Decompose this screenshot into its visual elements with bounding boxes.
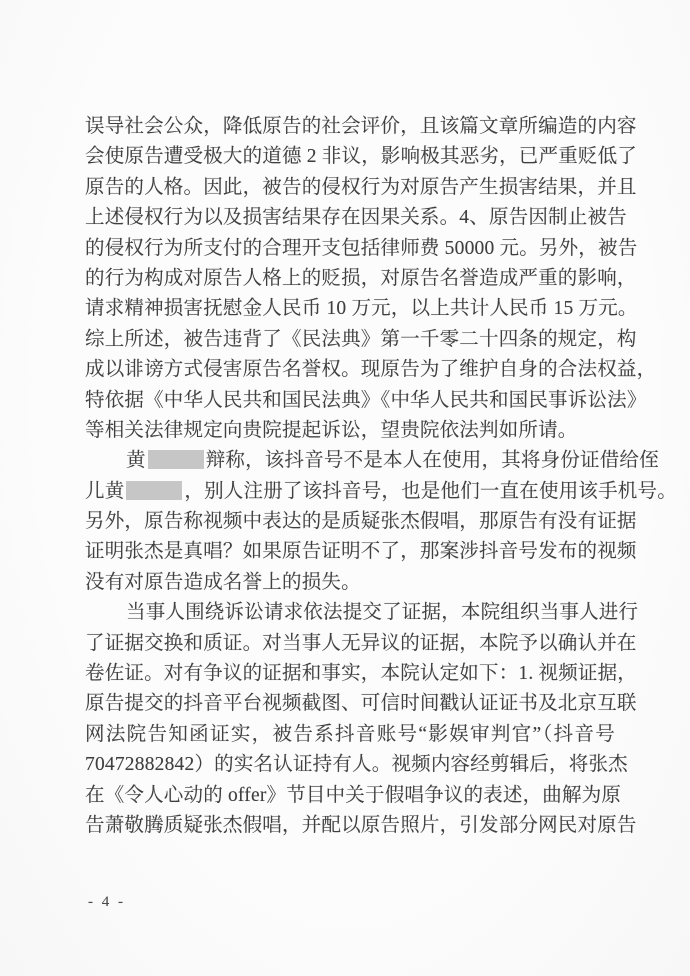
text-line: 70472882842）的实名认证持有人。视频内容经剪辑后，将张杰 [85, 750, 615, 780]
text-line: 告萧敬腾质疑张杰假唱，并配以原告照片，引发部分网民对原告 [85, 811, 615, 841]
text-line: 儿黄，别人注册了该抖音号，也是他们一直在使用该手机号。 [85, 477, 615, 507]
text-run: 70472882842）的实名认证持有人。视频内容经剪辑后，将张杰 [85, 754, 628, 775]
document-text-block: 误导社会公众，降低原告的社会评价，且该篇文章所编造的内容会使原告遭受极大的道德 … [85, 112, 615, 841]
text-run: 当事人围绕诉讼请求依法提交了证据，本院组织当事人进行 [126, 602, 638, 623]
text-line: 没有对原告造成名誉上的损失。 [85, 568, 615, 598]
text-line: 黄辩称，该抖音号不是本人在使用，其将身份证借给侄 [85, 446, 615, 476]
text-run: 的行为构成对原告人格上的贬损，对原告名誉造成严重的影响， [85, 268, 637, 289]
page-number: - 4 - [88, 894, 126, 911]
text-line: 特依据《中华人民共和国民法典》《中华人民共和国民事诉讼法》 [85, 386, 615, 416]
redaction-box [148, 450, 204, 469]
text-line: 当事人围绕诉讼请求依法提交了证据，本院组织当事人进行 [85, 598, 615, 628]
text-run: 请求精神损害抚慰金人民币 10 万元，以上共计人民币 15 万元。 [85, 298, 638, 319]
text-run: 卷佐证。对有争议的证据和事实，本院认定如下：1. 视频证据， [85, 663, 637, 684]
text-run: 另外，原告称视频中表达的是质疑张杰假唱，那原告有没有证据 [85, 511, 637, 532]
text-run: 证明张杰是真唱？如果原告证明不了，那案涉抖音号发布的视频 [85, 541, 637, 562]
text-line: 了证据交换和质证。对当事人无异议的证据，本院予以确认并在 [85, 629, 615, 659]
text-run: 上述侵权行为以及损害结果存在因果关系。4、原告因制止被告 [85, 207, 627, 228]
text-line: 的行为构成对原告人格上的贬损，对原告名誉造成严重的影响， [85, 264, 615, 294]
text-run: 原告提交的抖音平台视频截图、可信时间戳认证证书及北京互联 [85, 693, 637, 714]
text-line: 上述侵权行为以及损害结果存在因果关系。4、原告因制止被告 [85, 203, 615, 233]
text-run: 告萧敬腾质疑张杰假唱，并配以原告照片，引发部分网民对原告 [85, 815, 637, 836]
text-line: 成以诽谤方式侵害原告名誉权。现原告为了维护自身的合法权益， [85, 355, 615, 385]
text-run: 在《令人心动的 offer》节目中关于假唱争议的表述，曲解为原 [85, 785, 621, 806]
text-line: 综上所述，被告违背了《民法典》第一千零二十四条的规定，构 [85, 325, 615, 355]
text-run: 原告的人格。因此，被告的侵权行为对原告产生损害结果，并且 [85, 177, 637, 198]
text-run: 辩称，该抖音号不是本人在使用，其将身份证借给侄 [206, 450, 659, 471]
text-run: 综上所述，被告违背了《民法典》第一千零二十四条的规定，构 [85, 329, 637, 350]
text-line: 会使原告遭受极大的道德 2 非议，影响极其恶劣，已严重贬低了 [85, 142, 615, 172]
text-line: 在《令人心动的 offer》节目中关于假唱争议的表述，曲解为原 [85, 781, 615, 811]
text-line: 另外，原告称视频中表达的是质疑张杰假唱，那原告有没有证据 [85, 507, 615, 537]
text-line: 原告提交的抖音平台视频截图、可信时间戳认证证书及北京互联 [85, 689, 615, 719]
text-run: 的侵权行为所支付的合理开支包括律师费 50000 元。另外，被告 [85, 238, 637, 259]
redaction-box [126, 481, 182, 500]
text-line: 请求精神损害抚慰金人民币 10 万元，以上共计人民币 15 万元。 [85, 294, 615, 324]
text-run: 了证据交换和质证。对当事人无异议的证据，本院予以确认并在 [85, 633, 637, 654]
text-run: 会使原告遭受极大的道德 2 非议，影响极其恶劣，已严重贬低了 [85, 146, 637, 167]
text-line: 的侵权行为所支付的合理开支包括律师费 50000 元。另外，被告 [85, 234, 615, 264]
text-line: 卷佐证。对有争议的证据和事实，本院认定如下：1. 视频证据， [85, 659, 615, 689]
text-run: 没有对原告造成名誉上的损失。 [85, 572, 361, 593]
text-line: 等相关法律规定向贵院提起诉讼，望贵院依法判如所请。 [85, 416, 615, 446]
text-run: 黄 [126, 450, 146, 471]
text-line: 误导社会公众，降低原告的社会评价，且该篇文章所编造的内容 [85, 112, 615, 142]
text-line: 网法院告知函证实，被告系抖音账号“影娱审判官”（抖音号 [85, 720, 615, 750]
text-run: 等相关法律规定向贵院提起诉讼，望贵院依法判如所请。 [85, 420, 578, 441]
text-run: ，别人注册了该抖音号，也是他们一直在使用该手机号。 [184, 481, 677, 502]
text-run: 特依据《中华人民共和国民法典》《中华人民共和国民事诉讼法》 [85, 390, 647, 411]
text-run: 儿黄 [85, 481, 124, 502]
text-line: 证明张杰是真唱？如果原告证明不了，那案涉抖音号发布的视频 [85, 537, 615, 567]
text-run: 误导社会公众，降低原告的社会评价，且该篇文章所编造的内容 [85, 116, 637, 137]
text-run: 网法院告知函证实，被告系抖音账号“影娱审判官”（抖音号 [85, 724, 615, 745]
text-line: 原告的人格。因此，被告的侵权行为对原告产生损害结果，并且 [85, 173, 615, 203]
text-run: 成以诽谤方式侵害原告名誉权。现原告为了维护自身的合法权益， [85, 359, 656, 380]
scanned-court-document-page: { "page": { "background": "#fcfcfc", "in… [0, 0, 690, 976]
